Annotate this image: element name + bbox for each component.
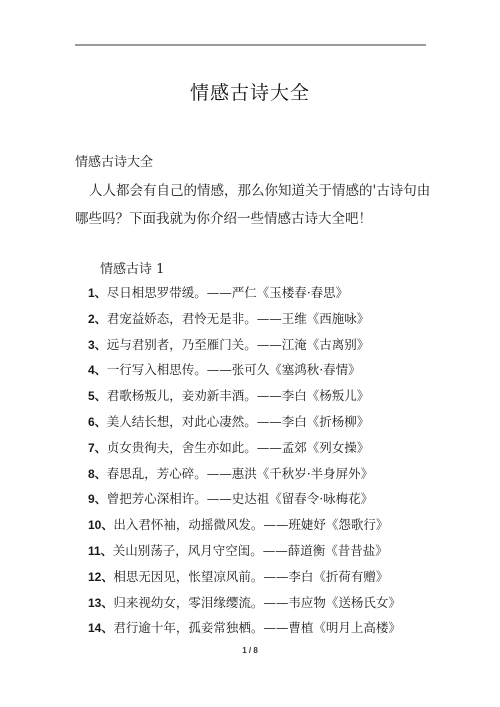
poem-number: 10、 — [88, 518, 113, 532]
poem-number: 1、 — [88, 286, 107, 300]
intro-paragraph: 人人都会有自己的情感，那么你知道关于情感的'古诗句由哪些吗？下面我就为你介绍一些… — [75, 177, 435, 233]
poem-text: 远与君别者，乃至雁门关。——江淹《古离别》 — [107, 337, 370, 352]
document-title: 情感古诗大全 — [0, 78, 500, 105]
poem-text: 出入君怀袖，动摇微风发。——班婕妤《怨歌行》 — [113, 517, 388, 532]
poem-item: 8、春思乱，芳心碎。——惠洪《千秋岁·半身屏外》 — [88, 465, 401, 491]
poem-text: 春思乱，芳心碎。——惠洪《千秋岁·半身屏外》 — [107, 466, 373, 481]
section-heading: 情感古诗大全 — [75, 151, 153, 170]
poem-number: 11、 — [88, 544, 113, 558]
poem-subheading: 情感古诗 1 — [100, 258, 164, 277]
poem-number: 9、 — [88, 492, 107, 506]
poem-item: 4、一行写入相思传。——张可久《塞鸿秋·春情》 — [88, 361, 401, 387]
poem-text: 君歌杨叛儿，妾劝新丰酒。——李白《杨叛儿》 — [107, 388, 370, 403]
poem-item: 3、远与君别者，乃至雁门关。——江淹《古离别》 — [88, 336, 401, 362]
poem-text: 关山别荡子，风月守空闺。——薛道衡《昔昔盐》 — [113, 543, 388, 558]
header-rule — [75, 44, 426, 46]
poem-number: 3、 — [88, 338, 107, 352]
poem-item: 5、君歌杨叛儿，妾劝新丰酒。——李白《杨叛儿》 — [88, 387, 401, 413]
poem-item: 11、关山别荡子，风月守空闺。——薛道衡《昔昔盐》 — [88, 542, 401, 568]
poem-number: 2、 — [88, 312, 107, 326]
poem-text: 归来视幼女，零泪缘缨流。——韦应物《送杨氏女》 — [113, 595, 401, 610]
poem-text: 曾把芳心深相许。——史达祖《留春令·咏梅花》 — [107, 491, 373, 506]
poem-text: 尽日相思罗带缓。——严仁《玉楼春·春思》 — [107, 285, 348, 300]
poem-item: 2、君宠益娇态，君怜无是非。——王维《西施咏》 — [88, 310, 401, 336]
poem-number: 5、 — [88, 389, 107, 403]
poem-text: 君行逾十年，孤妾常独栖。——曹植《明月上高楼》 — [113, 620, 401, 635]
poem-item: 10、出入君怀袖，动摇微风发。——班婕妤《怨歌行》 — [88, 516, 401, 542]
poem-item: 12、相思无因见，怅望凉风前。——李白《折荷有赠》 — [88, 568, 401, 594]
poem-number: 13、 — [88, 596, 113, 610]
page-indicator: 1 / 8 — [0, 646, 500, 655]
poem-number: 4、 — [88, 363, 107, 377]
poem-text: 相思无因见，怅望凉风前。——李白《折荷有赠》 — [113, 569, 388, 584]
poem-item: 1、尽日相思罗带缓。——严仁《玉楼春·春思》 — [88, 284, 401, 310]
poem-number: 12、 — [88, 570, 113, 584]
poem-text: 贞女贵徇夫，舍生亦如此。——孟郊《列女操》 — [107, 440, 370, 455]
poem-item: 7、贞女贵徇夫，舍生亦如此。——孟郊《列女操》 — [88, 439, 401, 465]
poem-number: 8、 — [88, 467, 107, 481]
poem-item: 13、归来视幼女，零泪缘缨流。——韦应物《送杨氏女》 — [88, 594, 401, 620]
poem-text: 君宠益娇态，君怜无是非。——王维《西施咏》 — [107, 311, 370, 326]
poem-item: 6、美人结长想，对此心凄然。——李白《折杨柳》 — [88, 413, 401, 439]
poem-text: 美人结长想，对此心凄然。——李白《折杨柳》 — [107, 414, 370, 429]
poem-list: 1、尽日相思罗带缓。——严仁《玉楼春·春思》 2、君宠益娇态，君怜无是非。——王… — [88, 284, 401, 645]
poem-item: 9、曾把芳心深相许。——史达祖《留春令·咏梅花》 — [88, 490, 401, 516]
poem-text: 一行写入相思传。——张可久《塞鸿秋·春情》 — [107, 362, 361, 377]
poem-number: 7、 — [88, 441, 107, 455]
poem-number: 14、 — [88, 621, 113, 635]
poem-number: 6、 — [88, 415, 107, 429]
poem-item: 14、君行逾十年，孤妾常独栖。——曹植《明月上高楼》 — [88, 619, 401, 645]
